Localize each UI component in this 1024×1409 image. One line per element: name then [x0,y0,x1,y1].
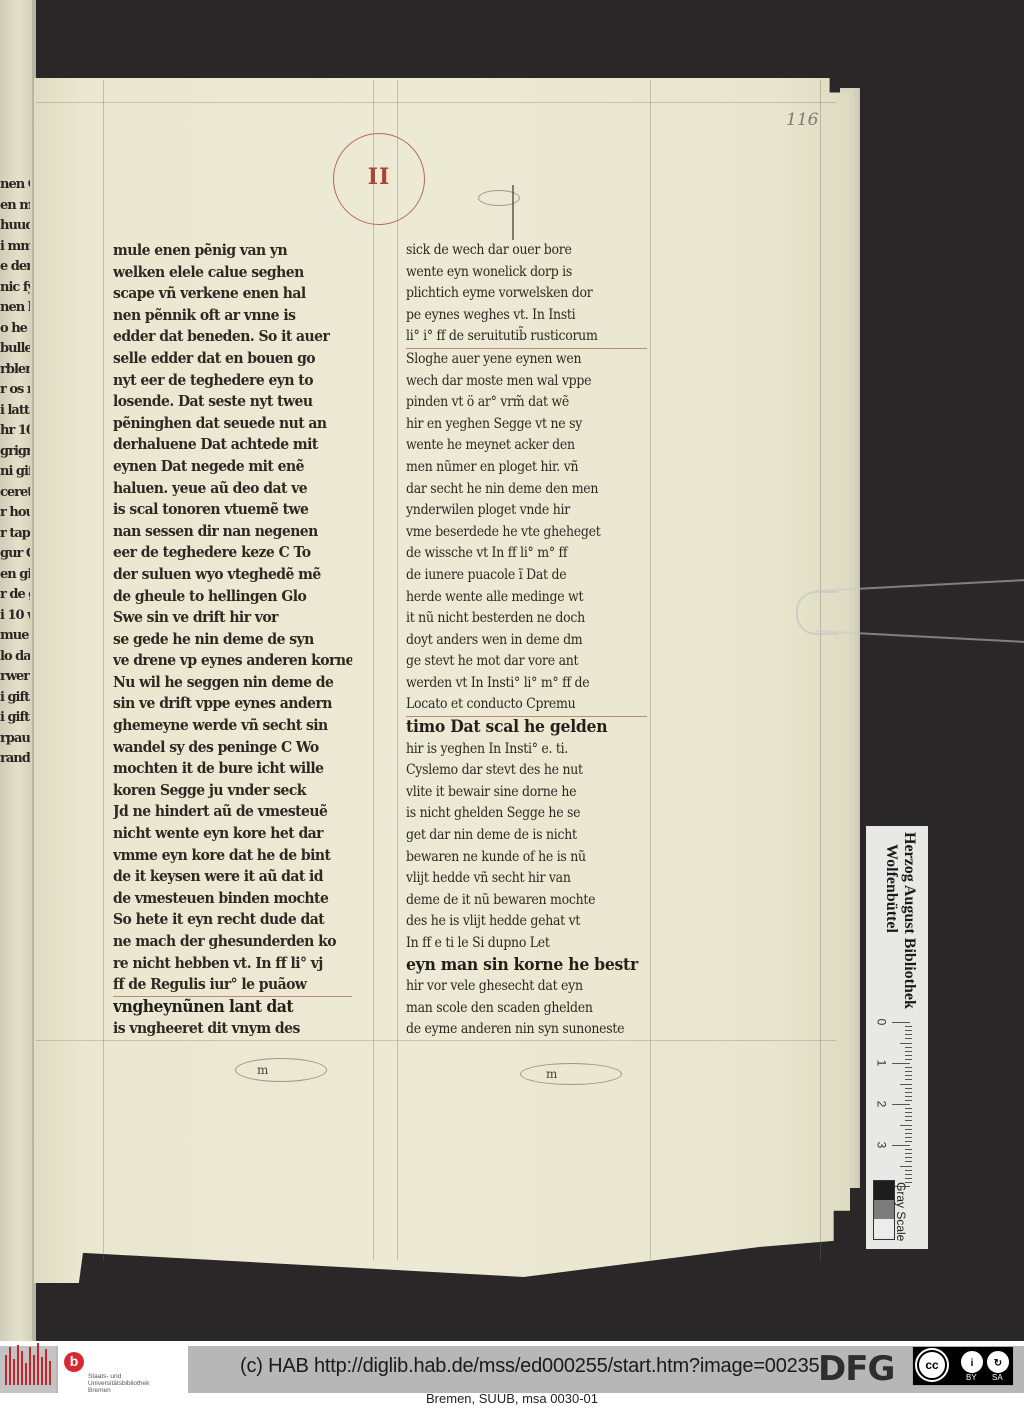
ruler-tick [905,1137,912,1138]
manuscript-line: se gede he nin deme de syn [113,629,352,651]
manuscript-line: vlite it bewair sine dorne he [406,782,647,804]
manuscript-line: ne mach der ghesunderden ko [113,931,352,953]
manuscript-line: edder dat beneden. So it auer [113,326,352,348]
shelfmark: Bremen, SUUB, msa 0030-01 [0,1391,1024,1406]
ruler-tick [905,1059,912,1060]
ruler-tick [892,1022,910,1023]
cc-by-sa-license-badge[interactable]: cc i ↻ BY SA [912,1346,1014,1386]
manuscript-line: men nũmer en ploget hir. vñ [406,457,647,479]
grayscale-label: Gray Scale [894,1182,908,1241]
ruler-tick [892,1063,910,1064]
ruling-line [103,80,104,1260]
verso-line: r de g [0,585,30,606]
logo-stripe [13,1359,15,1385]
ruler-tick [905,1120,912,1121]
ruler-tick [905,1141,912,1142]
grayscale-swatch [873,1180,895,1240]
manuscript-line: nan sessen dir nan negenen [113,521,352,543]
manuscript-line: re nicht hebben vt. In ff li° vj [113,953,352,975]
manuscript-line: vlijt hedde vñ secht hir van [406,868,647,890]
manuscript-line: des he is vlijt hedde gehat vt [406,911,647,933]
verso-page-edge: nen Cen mwhuudyi mmee demenic fynnen hyo… [0,0,32,1341]
manuscript-line: nen pẽnnik oft ar vnne is [113,305,352,327]
manuscript-line: get dar nin deme de is nicht [406,825,647,847]
ruler-tick [905,1133,912,1134]
suub-logo[interactable]: b Staats- und Universitätsbibliothek Bre… [58,1346,188,1393]
ascender-stroke [512,185,514,240]
manuscript-line: eynen Dat negede mit enẽ [113,456,352,478]
verso-line: grigr [0,442,30,463]
verso-line: huudy [0,216,30,237]
manuscript-line: sin ve drift vppe eynes andern [113,693,352,715]
ruler-label: 3 [874,1142,888,1149]
copyright-link[interactable]: (c) HAB http://diglib.hab.de/mss/ed00025… [240,1355,819,1378]
manuscript-scan: nen Cen mwhuudyi mmee demenic fynnen hyo… [0,0,1024,1341]
swatch-gray [874,1200,894,1219]
manuscript-line: de vmesteuen binden mochte [113,888,352,910]
manuscript-line: Jd ne hindert aũ de vmesteuẽ [113,801,352,823]
verso-line: nen C [0,175,30,196]
ruler-tick [905,1129,912,1130]
catchword-right: m [546,1067,557,1081]
verso-line: r tape [0,524,30,545]
text-column-left: mule enen pẽnig van ynwelken elele calu… [113,240,373,1040]
ruler-tick [905,1161,912,1162]
manuscript-line: deme de it nũ bewaren mochte [406,890,647,912]
manuscript-line: vme beserdede he vte gheheget [406,522,647,544]
manuscript-line: sick de wech dar ouer bore [406,240,647,262]
manuscript-line: hir is yeghen In Insti° e. ti. [406,739,647,761]
ruler-tick [905,1108,912,1109]
manuscript-line: wente eyn wonelick dorp is [406,262,647,284]
logo-stripe [9,1347,11,1385]
manuscript-line: de gheule to hellingen Glo [113,586,352,608]
ruler-tick [905,1170,912,1171]
ruler-tick [905,1153,912,1154]
manuscript-line: de it keysen were it aũ dat id [113,866,352,888]
verso-line: hr 10 g [0,421,30,442]
manuscript-line: vngheynũnen lant dat [113,997,352,1019]
manuscript-line: ge stevt he mot dar vore ant [406,651,647,673]
manuscript-line: nyt eer de teghedere eyn to [113,370,352,392]
cc-by-label: BY [966,1373,977,1382]
manuscript-line: ynderwilen ploget vnde hir [406,500,647,522]
manuscript-line: scape vñ verkene enen hal [113,283,352,305]
manuscript-line: eer de teghedere keze C To [113,542,352,564]
logo-stripe [5,1355,7,1385]
ruler-tick [905,1116,912,1117]
verso-line: r os m [0,380,30,401]
manuscript-line: de wissche vt In ff li° m° ff [406,543,647,565]
ruler-tick [905,1067,912,1068]
manuscript-line: Sloghe auer yene eynen wen [406,349,647,371]
scale-card-location: Wolfenbüttel [882,844,900,933]
catchword-flourish [235,1058,327,1082]
verso-line: rblen [0,360,30,381]
manuscript-line: So hete it eyn recht dude dat [113,909,352,931]
ruler-tick [900,1125,912,1126]
ruling-line [820,80,821,1260]
ruler-tick [905,1034,912,1035]
manuscript-line: ve drene vp eynes anderen korne [113,650,352,672]
manuscript-line: de iunere puacole ĩ Dat de [406,565,647,587]
verso-line: rwer [0,667,30,688]
verso-line: ni gift [0,462,30,483]
verso-line: randic [0,749,30,770]
swatch-white [874,1219,894,1237]
ruler-tick [892,1104,910,1105]
manuscript-line: eyn man sin korne he bestr [406,955,647,977]
manuscript-line: pẽninghen dat seuede nut an [113,413,352,435]
manuscript-line: ff de Regulis iur° le puãow [113,974,352,997]
manuscript-line: man scole den scaden ghelden [406,998,647,1020]
logo-stripe [49,1361,51,1385]
folio-number: 116 [786,110,818,130]
ruler-tick [905,1051,912,1052]
cc-sa-label: SA [992,1373,1003,1382]
verso-line: rpau [0,729,30,750]
ruler-label: 2 [874,1101,888,1108]
ruler-tick [900,1084,912,1085]
verso-text-fragment: nen Cen mwhuudyi mmee demenic fynnen hyo… [0,175,30,835]
verso-line: gur C [0,544,30,565]
verso-line: ceret [0,483,30,504]
logo-stripe [37,1343,39,1385]
manuscript-line: hir en yeghen Segge vt ne sy [406,414,647,436]
manuscript-line: haluen. yeue aũ deo dat ve [113,478,352,500]
ruler-tick [900,1043,912,1044]
manuscript-line: mule enen pẽnig van yn [113,240,352,262]
manuscript-line: hir vor vele ghesecht dat eyn [406,976,647,998]
ruler-tick [905,1088,912,1089]
ruling-line [36,102,836,103]
chapter-numeral: II [334,164,424,190]
manuscript-line: is nicht ghelden Segge he se [406,803,647,825]
logo-stripe [21,1351,23,1385]
manuscript-line: li° i° ff de seruitutib̃ rusticorum [406,326,647,349]
clip-loop [796,591,838,635]
chapter-marker: II [333,133,425,225]
manuscript-line: ghemeyne werde vñ secht sin [113,715,352,737]
manuscript-line: der suluen wyo vteghedẽ mẽ [113,564,352,586]
manuscript-line: vmme eyn kore dat he de bint [113,845,352,867]
manuscript-line: welken elele calue seghen [113,262,352,284]
manuscript-line: wandel sy des peninge C Wo [113,737,352,759]
dfg-logo[interactable]: DFG [818,1350,894,1388]
verso-line: r hour [0,503,30,524]
verso-line: nic fyn [0,278,30,299]
scale-card-title: Herzog August Bibliothek [900,832,918,1009]
ruler-tick [905,1075,912,1076]
manuscript-line: dar secht he nin deme den men [406,479,647,501]
verso-line: nen hy [0,298,30,319]
ruler-tick [905,1096,912,1097]
manuscript-line: losende. Dat seste nyt tweu [113,391,352,413]
verso-line: lo da [0,647,30,668]
manuscript-line: is scal tonoren vtuemẽ twe [113,499,352,521]
ruler-label: 0 [874,1019,888,1026]
ruler-tick [905,1100,912,1101]
ruling-line [397,80,398,1260]
ruler-tick [905,1030,912,1031]
logo-stripe [33,1355,35,1385]
ruler-tick [905,1079,912,1080]
manuscript-line: bewaren ne kunde of he is nũ [406,847,647,869]
manuscript-line: herde wente alle medinge wt [406,587,647,609]
logo-stripe [25,1363,27,1385]
ruler-tick [905,1178,912,1179]
verso-line: i latt [0,401,30,422]
verso-line: i gift [0,708,30,729]
manuscript-line: nicht wente eyn kore het dar [113,823,352,845]
color-scale-card: Herzog August Bibliothek Wolfenbüttel 01… [866,826,928,1249]
manuscript-line: koren Segge ju vnder seck [113,780,352,802]
text-column-right: sick de wech dar ouer borewente eyn wone… [406,240,668,1041]
logo-stripe [29,1347,31,1385]
ruler-tick [905,1055,912,1056]
verso-line: en git [0,565,30,586]
ruler-tick [905,1092,912,1093]
ruler-tick [905,1047,912,1048]
manuscript-line: it nũ nicht besterden ne doch [406,608,647,630]
manuscript-line: timo Dat scal he gelden [406,717,647,739]
ruler-tick [892,1145,910,1146]
logo-stripe [41,1357,43,1385]
verso-line: i 10 w [0,606,30,627]
manuscript-line: Cyslemo dar stevt des he nut [406,760,647,782]
manuscript-line: wente he meynet acker den [406,435,647,457]
manuscript-line: is vngheeret dit vnym des [113,1018,352,1040]
cm-ruler: 01234 [892,1022,918,1194]
catchword-flourish [520,1063,622,1085]
ruling-line [373,80,374,1260]
verso-line: e deme [0,257,30,278]
suub-b-icon: b [64,1352,84,1372]
manuscript-line: selle edder dat en bouen go [113,348,352,370]
manuscript-line: de eyme anderen nin syn sunoneste [406,1019,647,1041]
by-attribution-icon: i [961,1351,983,1373]
verso-line: i mme [0,237,30,258]
manuscript-line: pe eynes weghes vt. In Insti [406,305,647,327]
verso-line: bulle c [0,339,30,360]
ruler-tick [905,1174,912,1175]
manuscript-line: Swe sin ve drift hir vor [113,607,352,629]
manuscript-line: Locato et conducto Cpremu [406,694,647,717]
catchword-left: m [257,1063,268,1077]
ruler-tick [905,1149,912,1150]
page-clip [796,585,1024,635]
ruler-tick [905,1038,912,1039]
cc-icon: cc [917,1350,947,1380]
verso-line: o he fy [0,319,30,340]
ruler-label: 1 [874,1060,888,1067]
ruler-tick [905,1157,912,1158]
verso-line: en mw [0,196,30,217]
verso-line: mue a [0,626,30,647]
logo-stripe [17,1345,19,1385]
suub-stripes-logo[interactable] [0,1346,56,1393]
manuscript-line: werden vt In Insti° li° m° ff de [406,673,647,695]
manuscript-line: derhaluene Dat achtede mit [113,434,352,456]
manuscript-line: plichtich eyme vorwelsken dor [406,283,647,305]
ruler-tick [905,1026,912,1027]
manuscript-line: Nu wil he seggen nin deme de [113,672,352,694]
manuscript-line: pinden vt ö ar° vrm̃ dat wẽ [406,392,647,414]
manuscript-line: In ff e ti le Si dupno Let [406,933,647,955]
ruler-tick [905,1112,912,1113]
logo-stripe [45,1349,47,1385]
swatch-black [874,1181,894,1200]
manuscript-line: wech dar moste men wal vppe [406,371,647,393]
manuscript-line: mochten it de bure icht wille [113,758,352,780]
ruler-tick [905,1071,912,1072]
verso-line: i gift [0,688,30,709]
manuscript-line: doyt anders wen in deme dm [406,630,647,652]
ruler-tick [900,1166,912,1167]
share-alike-icon: ↻ [987,1351,1009,1373]
